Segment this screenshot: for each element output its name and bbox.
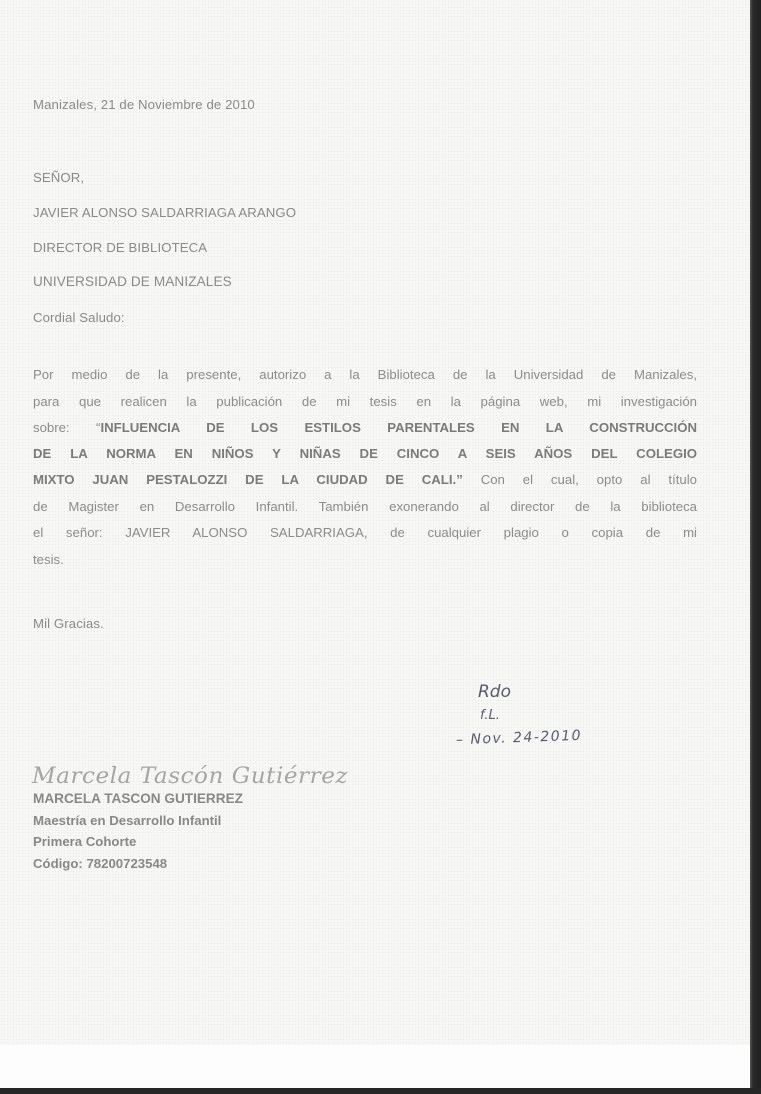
greeting: Cordial Saludo:: [33, 310, 125, 325]
signer-code: Código: 78200723548: [33, 856, 167, 871]
scanner-edge-right: [750, 0, 761, 1094]
body-line-6: de Magister en Desarrollo Infantil. Tamb…: [33, 499, 697, 514]
place-date: Manizales, 21 de Noviembre de 2010: [33, 97, 255, 112]
handwritten-signature: Marcela Tascón Gutiérrez: [32, 764, 348, 789]
body-line-8: tesis.: [33, 552, 697, 567]
received-note-line-1: Rdo: [478, 682, 511, 702]
body-line-3-prefix: sobre: “: [33, 420, 100, 435]
body-line-5-suffix: Con el cual, opto al título: [463, 472, 697, 487]
received-note-line-2: f.L.: [480, 708, 500, 723]
thesis-title-part-3: MIXTO JUAN PESTALOZZI DE LA CIUDAD DE CA…: [33, 472, 463, 487]
closing: Mil Gracias.: [33, 616, 104, 631]
body-line-4: DE LA NORMA EN NIÑOS Y NIÑAS DE CINCO A …: [33, 446, 697, 461]
thesis-title-part-2: DE LA NORMA EN NIÑOS Y NIÑAS DE CINCO A …: [33, 446, 697, 461]
salutation-title: SEÑOR,: [33, 170, 84, 185]
scanner-edge-bottom: [0, 1088, 761, 1094]
page-bottom-margin: [0, 1045, 750, 1088]
body-line-5: MIXTO JUAN PESTALOZZI DE LA CIUDAD DE CA…: [33, 472, 697, 487]
body-line-3: sobre: “INFLUENCIA DE LOS ESTILOS PARENT…: [33, 420, 697, 435]
scanned-letter-page: Manizales, 21 de Noviembre de 2010 SEÑOR…: [0, 0, 750, 1088]
signer-name: MARCELA TASCON GUTIERREZ: [33, 791, 243, 806]
thesis-title-part-1: INFLUENCIA DE LOS ESTILOS PARENTALES EN …: [100, 420, 697, 435]
signer-cohort: Primera Cohorte: [33, 834, 136, 849]
received-note-date: – Nov. 24-2010: [456, 728, 583, 748]
recipient-position: DIRECTOR DE BIBLIOTECA: [33, 240, 207, 255]
arrow-mark-icon: –: [456, 732, 471, 748]
recipient-name: JAVIER ALONSO SALDARRIAGA ARANGO: [33, 205, 296, 220]
signer-program: Maestría en Desarrollo Infantil: [33, 813, 221, 828]
recipient-institution: UNIVERSIDAD DE MANIZALES: [33, 274, 232, 289]
body-line-1: Por medio de la presente, autorizo a la …: [33, 367, 697, 382]
body-line-7: el señor: JAVIER ALONSO SALDARRIAGA, de …: [33, 525, 697, 540]
body-line-2: para que realicen la publicación de mi t…: [33, 394, 697, 409]
